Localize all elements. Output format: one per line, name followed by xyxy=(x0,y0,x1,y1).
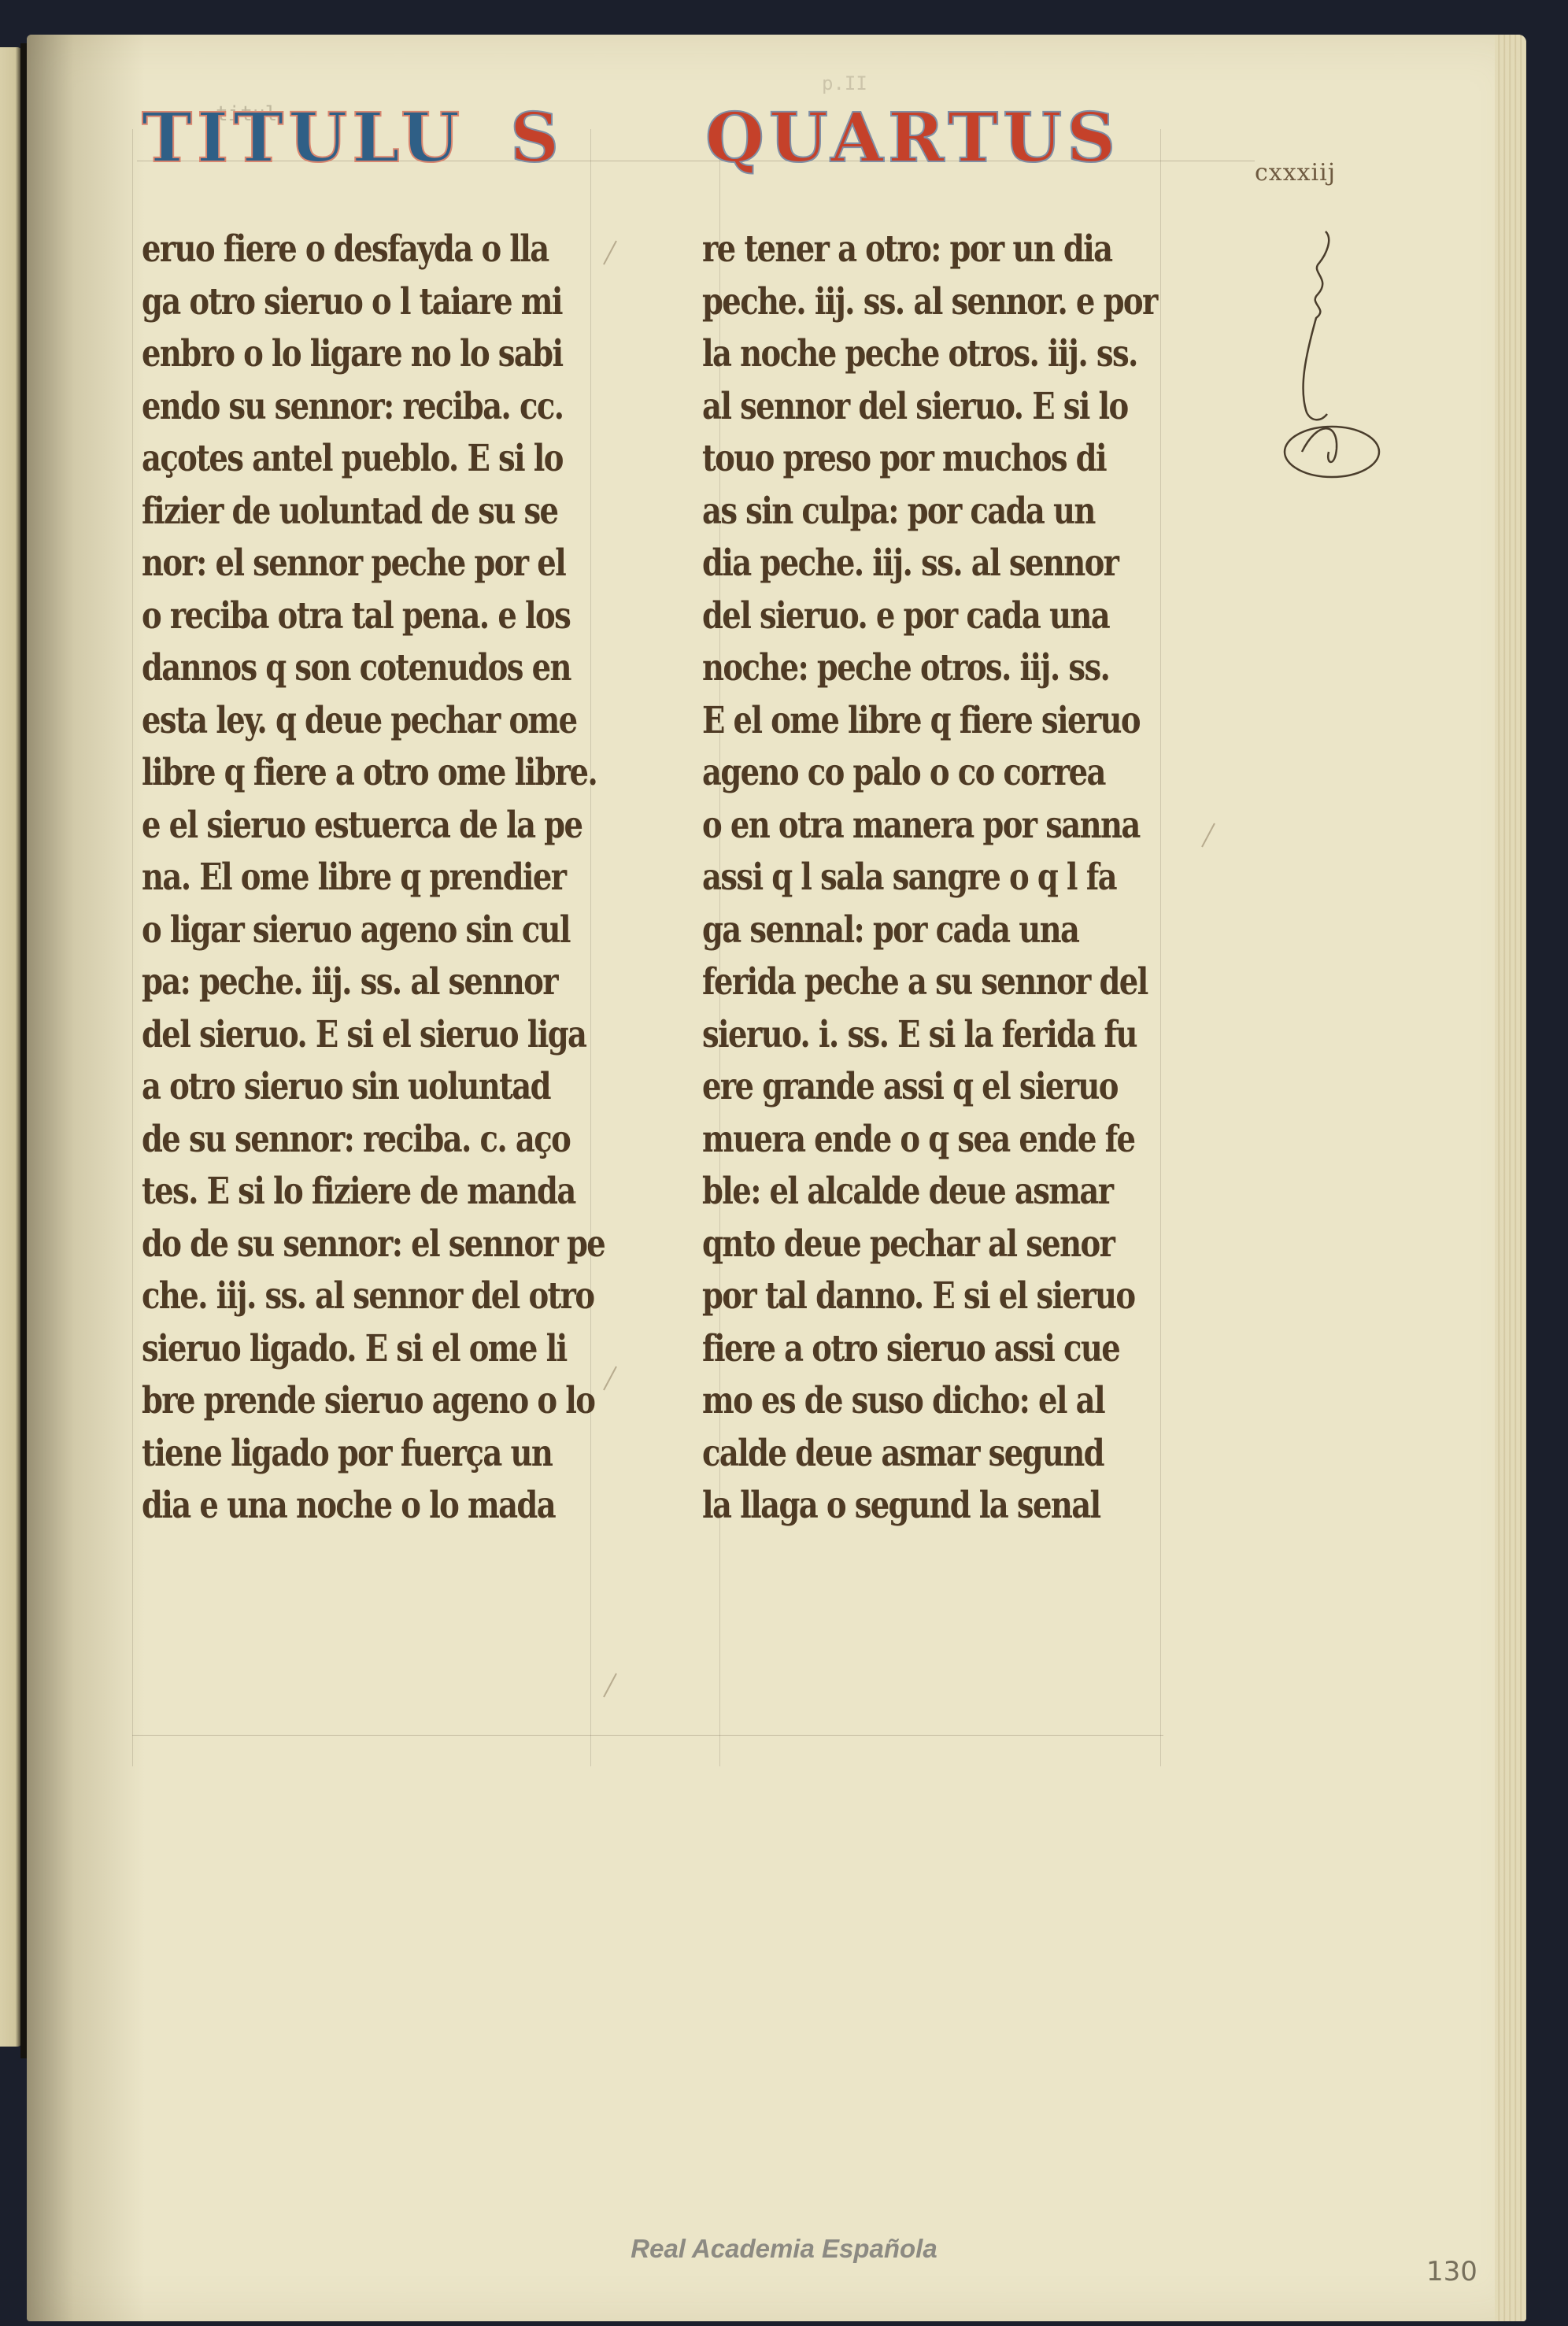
text-line: la noche peche otros. iij. ss. xyxy=(702,328,1257,381)
text-line: calde deue asmar segund xyxy=(702,1428,1257,1481)
text-line: qnto deue pechar al senor xyxy=(702,1218,1257,1271)
text-line: ere grande assi q el sieruo xyxy=(702,1061,1257,1114)
text-line: peche. iij. ss. al sennor. e por xyxy=(702,276,1257,329)
text-line: la llaga o segund la senal xyxy=(702,1480,1257,1533)
watermark: Real Academia Española xyxy=(0,2234,1568,2264)
text-line: o en otra manera por sanna xyxy=(702,800,1257,852)
text-line: esta ley. q deue pechar ome xyxy=(142,695,632,748)
running-head-left: TITULU S xyxy=(142,99,564,178)
text-line: dannos q son cotenudos en xyxy=(142,642,632,695)
text-line: nor: el sennor peche por el xyxy=(142,538,632,590)
text-line: endo su sennor: reciba. cc. xyxy=(142,381,632,434)
folio-number-pencil: 130 xyxy=(1426,2256,1477,2287)
text-line: dia e una noche o lo mada xyxy=(142,1480,632,1533)
manuscript-page: titul p.II TITULU S QUARTUS cxxxiij eruo… xyxy=(27,35,1526,2321)
text-line: muera ende o q sea ende fe xyxy=(702,1114,1257,1167)
text-line: as sin culpa: por cada un xyxy=(702,486,1257,538)
text-line: sieruo. i. ss. E si la ferida fu xyxy=(702,1009,1257,1062)
text-line: e el sieruo estuerca de la pe xyxy=(142,800,632,852)
text-line: assi q l sala sangre o q l fa xyxy=(702,852,1257,904)
text-line: del sieruo. e por cada una xyxy=(702,590,1257,643)
text-line: enbro o lo ligare no lo sabi xyxy=(142,328,632,381)
marginal-pen-flourish-icon xyxy=(1270,216,1381,499)
text-line: mo es de suso dicho: el al xyxy=(702,1375,1257,1428)
text-line: a otro sieruo sin uoluntad xyxy=(142,1061,632,1114)
binding-shadow xyxy=(27,35,145,2321)
running-head-left-text: TITULU xyxy=(142,98,464,178)
text-line: del sieruo. E si el sieruo liga xyxy=(142,1009,632,1062)
text-line: ble: el alcalde deue asmar xyxy=(702,1166,1257,1218)
line-end-mark xyxy=(603,1673,617,1698)
text-line: al sennor del sieruo. E si lo xyxy=(702,381,1257,434)
text-line: dia peche. iij. ss. al sennor xyxy=(702,538,1257,590)
text-line: açotes antel pueblo. E si lo xyxy=(142,433,632,486)
folio-number-roman: cxxxiij xyxy=(1255,159,1336,187)
text-line: ferida peche a su sennor del xyxy=(702,956,1257,1009)
text-line: libre q fiere a otro ome libre. xyxy=(142,747,632,800)
text-line: do de su sennor: el sennor pe xyxy=(142,1218,632,1271)
text-line: tiene ligado por fuerça un xyxy=(142,1428,632,1481)
text-line: touo preso por muchos di xyxy=(702,433,1257,486)
text-line: na. El ome libre q prendier xyxy=(142,852,632,904)
pencil-annotation-2: p.II xyxy=(822,72,867,94)
text-column-right: re tener a otro: por un dia peche. iij. … xyxy=(702,224,1257,1533)
text-line: noche: peche otros. iij. ss. xyxy=(702,642,1257,695)
previous-leaf-edge xyxy=(0,47,22,2047)
running-head-left-suffix: S xyxy=(510,98,564,178)
text-line: E el ome libre q fiere sieruo xyxy=(702,695,1257,748)
text-column-left: eruo fiere o desfayda o lla ga otro sier… xyxy=(142,224,632,1533)
text-line: ga otro sieruo o l taiare mi xyxy=(142,276,632,329)
text-line: eruo fiere o desfayda o lla xyxy=(142,224,632,276)
text-line: ga sennal: por cada una xyxy=(702,904,1257,957)
bottom-rule xyxy=(132,1735,1163,1736)
text-line: o reciba otra tal pena. e los xyxy=(142,590,632,643)
running-head-right: QUARTUS xyxy=(705,99,1120,178)
text-line: de su sennor: reciba. c. aço xyxy=(142,1114,632,1167)
text-line: sieruo ligado. E si el ome li xyxy=(142,1323,632,1376)
text-line: ageno co palo o co correa xyxy=(702,747,1257,800)
text-line: che. iij. ss. al sennor del otro xyxy=(142,1270,632,1323)
text-line: o ligar sieruo ageno sin cul xyxy=(142,904,632,957)
text-line: fizier de uoluntad de su se xyxy=(142,486,632,538)
text-line: re tener a otro: por un dia xyxy=(702,224,1257,276)
text-line: pa: peche. iij. ss. al sennor xyxy=(142,956,632,1009)
text-line: fiere a otro sieruo assi cue xyxy=(702,1323,1257,1376)
text-line: tes. E si lo fiziere de manda xyxy=(142,1166,632,1218)
text-line: bre prende sieruo ageno o lo xyxy=(142,1375,632,1428)
running-head-right-text: QUARTUS xyxy=(705,98,1120,178)
text-line: por tal danno. E si el sieruo xyxy=(702,1270,1257,1323)
fore-edge-pages xyxy=(1495,35,1526,2321)
left-bounding-rule xyxy=(132,129,133,1766)
